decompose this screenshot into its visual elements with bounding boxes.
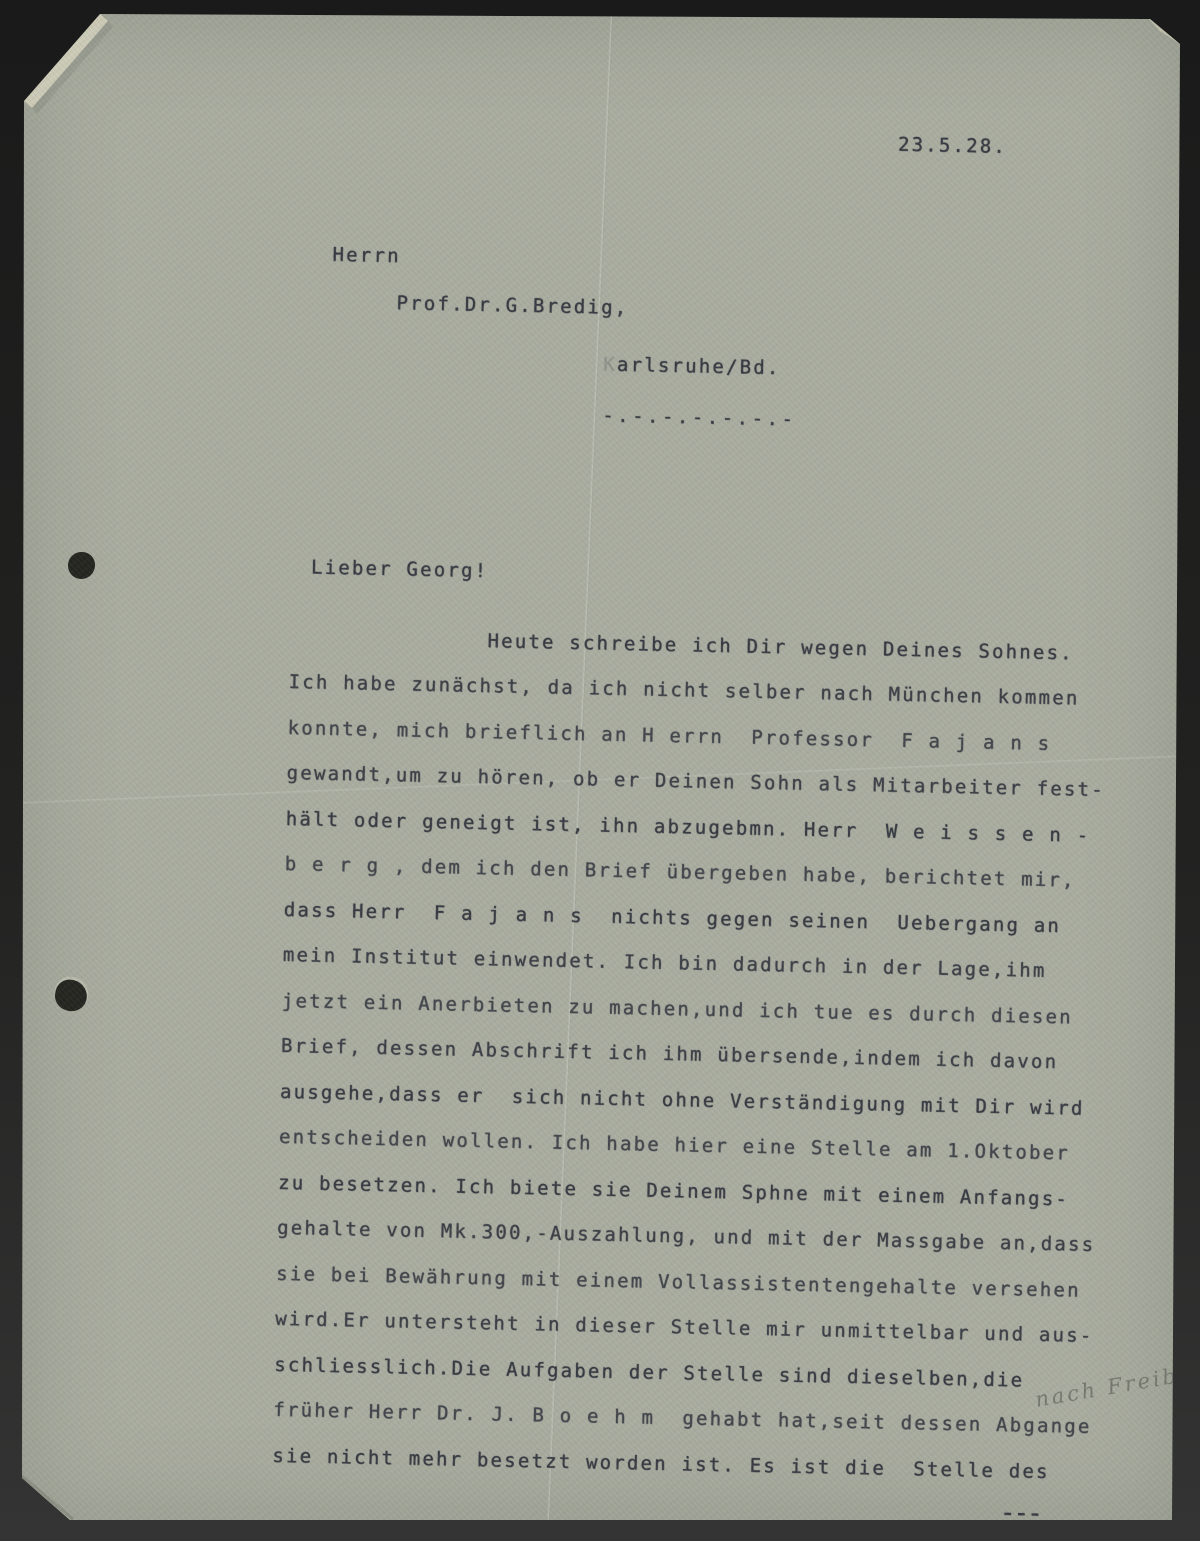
letter-page: 23.5.28. Herrn Prof.Dr.G.Bredig, Karlsru…	[22, 14, 1180, 1522]
address-underline: -.-.-.-.-.-.-	[602, 402, 797, 432]
letter-date: 23.5.28.	[898, 132, 1008, 160]
bottom-left-fold-shadow	[22, 1474, 74, 1522]
recipient-name: Prof.Dr.G.Bredig,	[396, 290, 628, 321]
recipient-city-rest: arlsruhe/Bd.	[617, 354, 781, 379]
punch-hole-bottom	[52, 977, 91, 1015]
bottom-left-fold	[22, 1478, 71, 1520]
recipient-city: Karlsruhe/Bd.	[603, 352, 781, 382]
punch-hole-top	[68, 552, 95, 579]
typewritten-text-layer: 23.5.28. Herrn Prof.Dr.G.Bredig, Karlsru…	[271, 14, 1200, 1541]
salutation: Lieber Georg!	[311, 554, 489, 584]
top-left-fold	[24, 14, 108, 108]
top-left-fold-shadow	[32, 21, 113, 114]
scan-background: 23.5.28. Herrn Prof.Dr.G.Bredig, Karlsru…	[0, 0, 1200, 1541]
letter-body: Heute schreibe ich Dir wegen Deines Sohn…	[272, 614, 1200, 1497]
recipient-honorific: Herrn	[332, 242, 401, 269]
recipient-city-faded-initial: K	[603, 354, 617, 376]
continuation-mark: ---	[1001, 1504, 1042, 1523]
